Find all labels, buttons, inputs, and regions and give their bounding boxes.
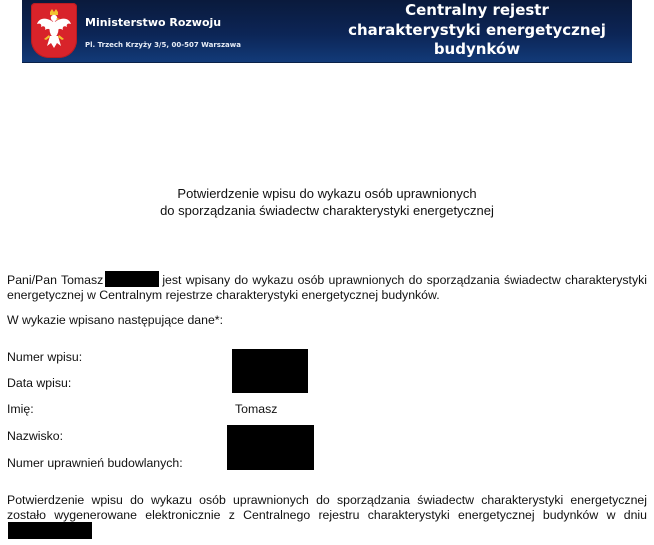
intro-prefix: Pani/Pan Tomasz	[7, 273, 103, 287]
polish-eagle-emblem-icon	[31, 3, 77, 58]
redacted-entry-number-and-date	[232, 349, 308, 393]
field-label-entry-number: Numer wpisu:	[7, 350, 82, 365]
document-title-line: do sporządzania świadectw charakterystyk…	[0, 203, 654, 220]
field-label-entry-date: Data wpisu:	[7, 376, 71, 391]
field-label-surname: Nazwisko:	[7, 429, 63, 444]
redacted-surname-and-license-number	[227, 425, 314, 470]
document-title: Potwierdzenie wpisu do wykazu osób upraw…	[0, 186, 654, 219]
footer-paragraph: Potwierdzenie wpisu do wykazu osób upraw…	[7, 493, 647, 540]
ministry-name: Ministerstwo Rozwoju	[85, 16, 221, 29]
ministry-address: Pl. Trzech Krzyży 3/5, 00-507 Warszawa	[85, 41, 241, 49]
field-label-first-name: Imię:	[7, 402, 34, 417]
registry-title-line: budynków	[342, 40, 612, 60]
redacted-generation-date	[8, 522, 92, 539]
data-intro: W wykazie wpisano następujące dane*:	[7, 313, 647, 328]
registry-title-line: charakterystyki energetycznej	[342, 21, 612, 41]
registry-title: Centralny rejestr charakterystyki energe…	[342, 1, 612, 60]
field-label-license-number: Numer uprawnień budowlanych:	[7, 456, 183, 471]
header-banner: Ministerstwo Rozwoju Pl. Trzech Krzyży 3…	[22, 0, 632, 63]
document-title-line: Potwierdzenie wpisu do wykazu osób upraw…	[0, 186, 654, 203]
footer-text: Potwierdzenie wpisu do wykazu osób upraw…	[7, 493, 647, 522]
field-value-first-name: Tomasz	[235, 402, 277, 417]
intro-paragraph: Pani/Pan Tomaszjest wpisany do wykazu os…	[7, 271, 647, 302]
registry-title-line: Centralny rejestr	[342, 1, 612, 21]
redacted-surname	[105, 271, 159, 287]
